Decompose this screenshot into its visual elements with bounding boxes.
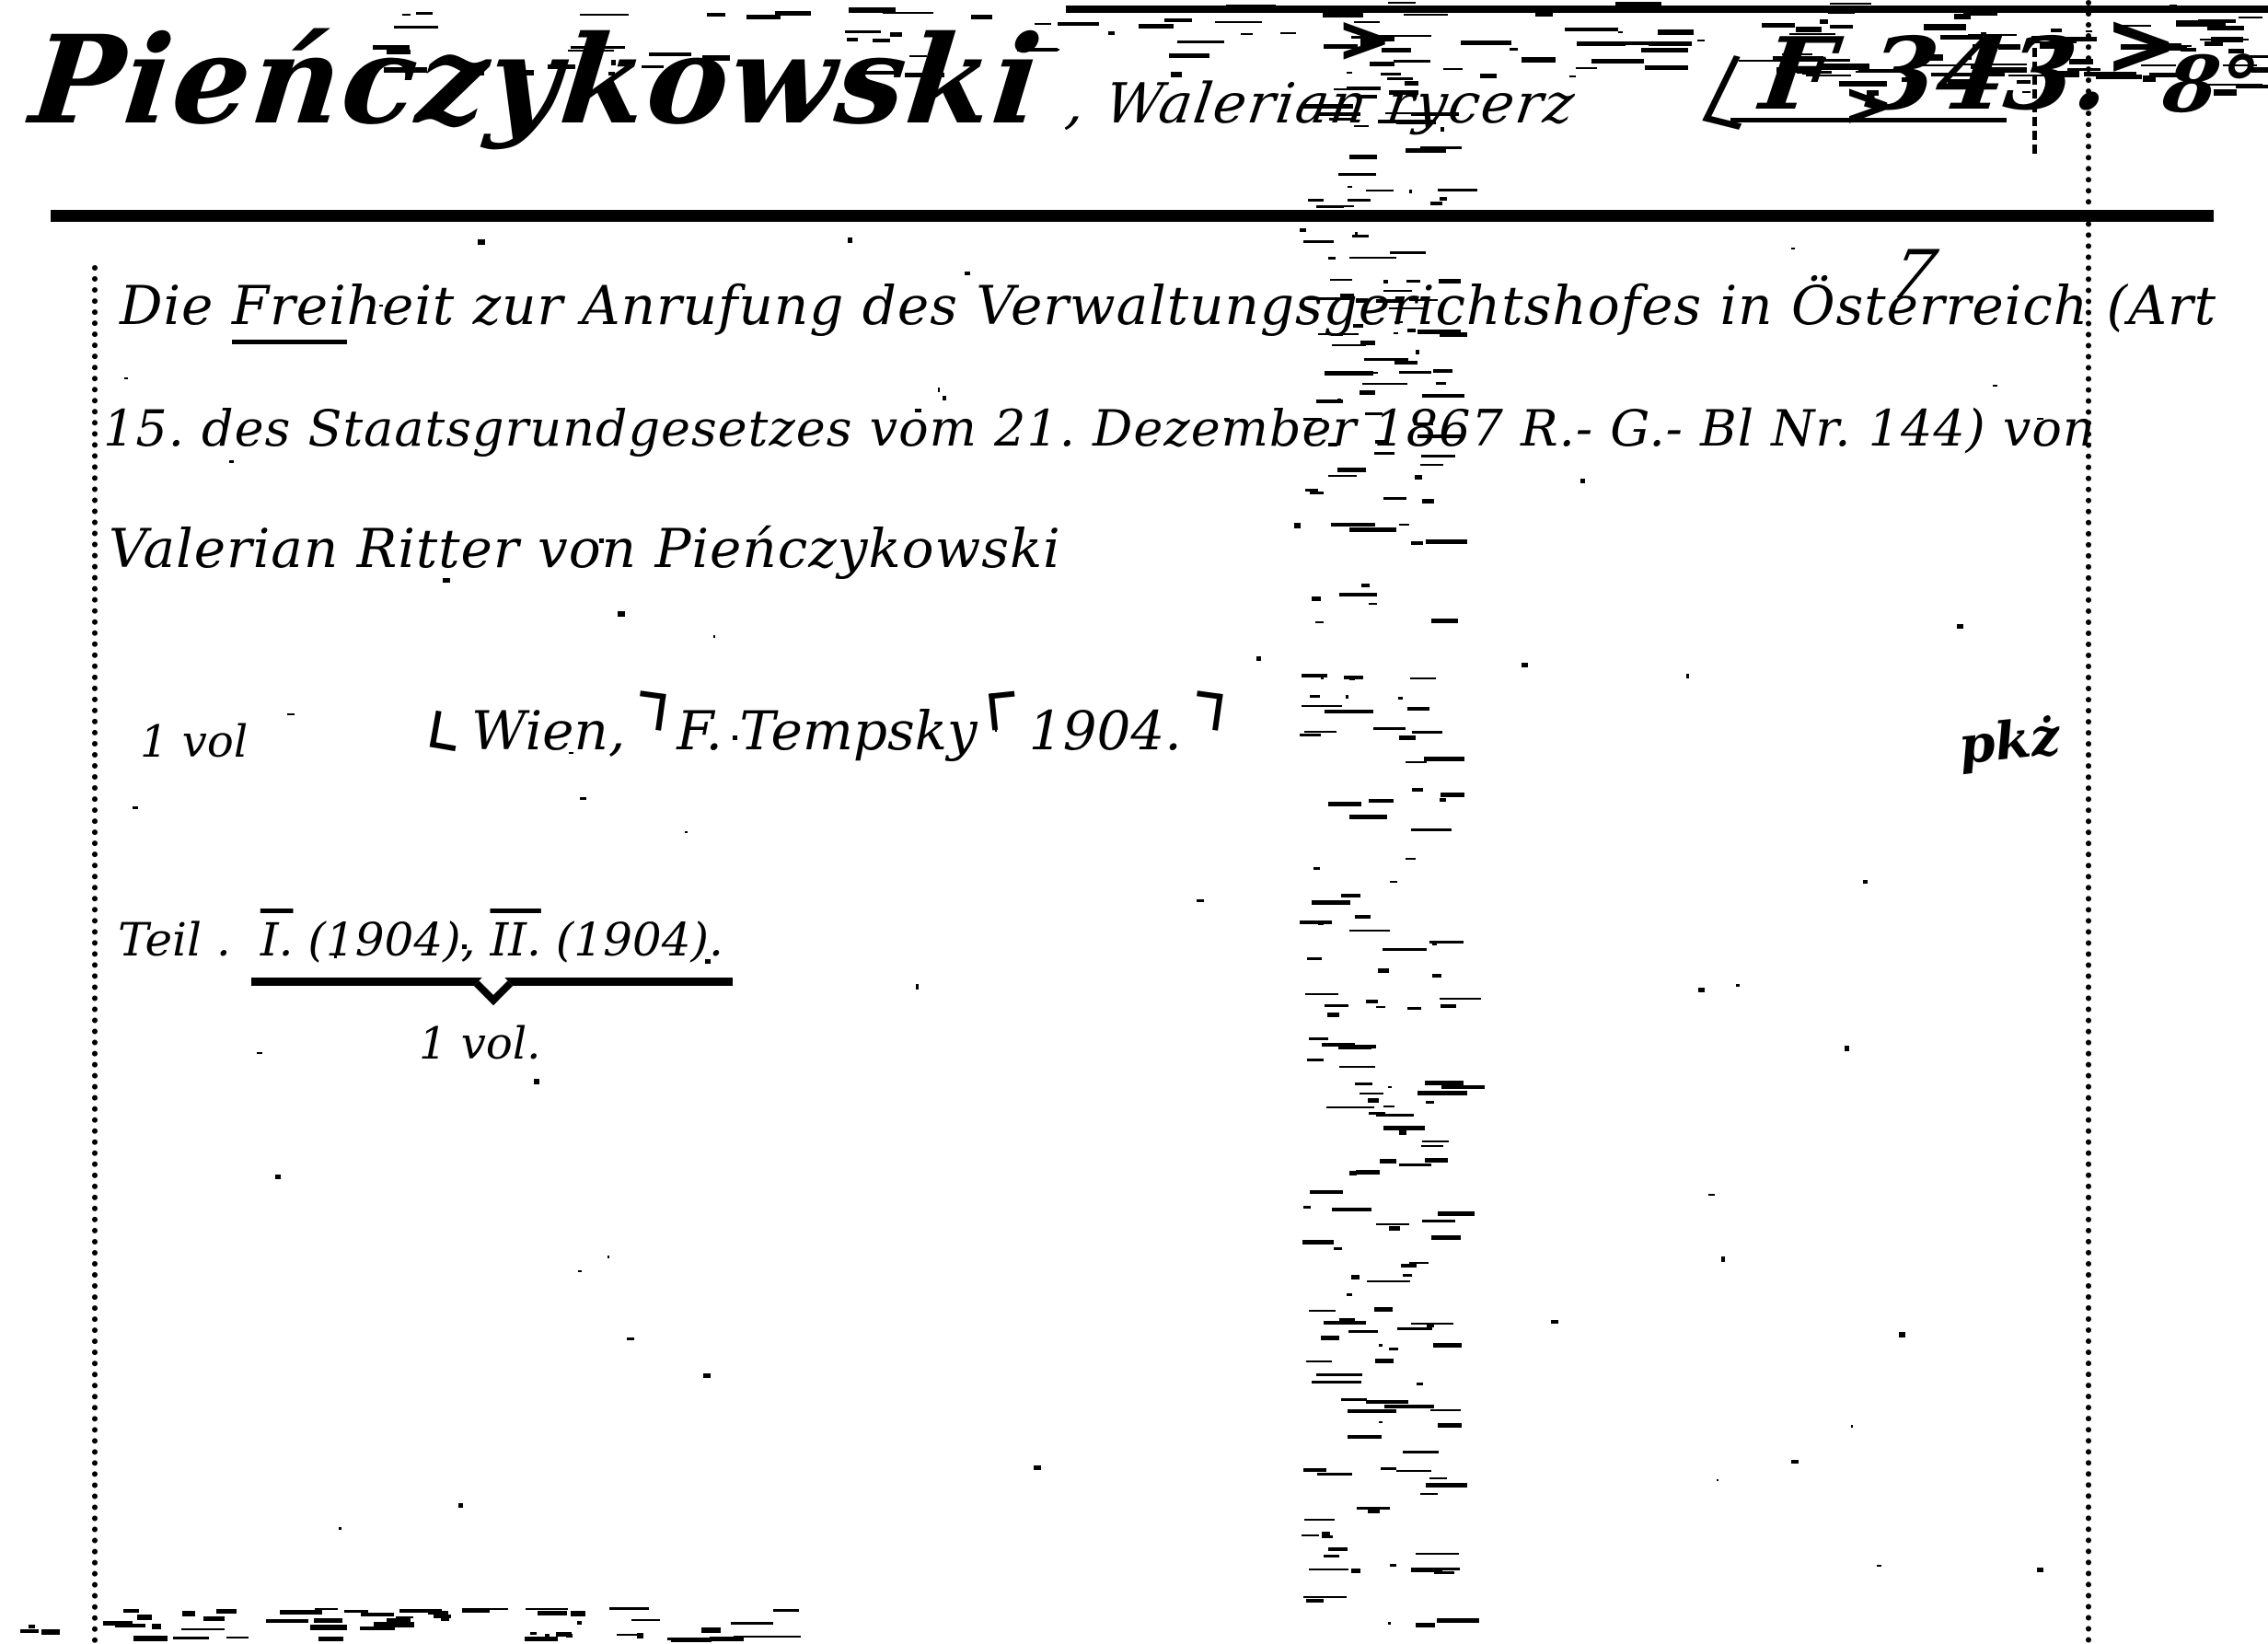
scan-noise-dash	[1322, 1535, 1333, 1538]
pen-chevron-mark-2: >	[2104, 0, 2178, 88]
scan-noise-dash	[1409, 1262, 1429, 1264]
scan-noise-dash	[1426, 1101, 1434, 1104]
scan-noise-dash	[1324, 1555, 1339, 1557]
scan-noise-dash	[1426, 539, 1467, 544]
scan-noise-dash	[1313, 867, 1320, 870]
scan-noise-dash	[1309, 1569, 1348, 1570]
scan-noise-dash	[773, 1636, 801, 1638]
scan-noise-dash	[1416, 1553, 1459, 1555]
scan-noise-dash	[1302, 1240, 1334, 1245]
title-line-1-pre: Die	[120, 274, 232, 337]
scan-noise-dash	[1364, 358, 1408, 361]
pen-stroke-line	[1730, 118, 2007, 122]
scan-noise-dash	[2229, 6, 2251, 12]
scan-noise-dash	[1409, 190, 1412, 193]
scan-noise-dash	[1412, 788, 1423, 792]
scan-noise-dash	[1736, 984, 1740, 987]
scan-noise-dash	[1420, 464, 1443, 466]
scan-noise-dash	[1344, 676, 1363, 679]
scan-noise-dash	[1305, 993, 1338, 995]
scan-noise-dash	[1306, 1599, 1324, 1603]
scan-noise-dash	[1349, 527, 1396, 532]
title-line-1-underlined: Frei	[232, 274, 347, 344]
scan-noise-dash	[1309, 1037, 1328, 1040]
scan-noise-dash	[671, 1638, 712, 1642]
scan-noise-dash	[1310, 695, 1320, 698]
scan-noise-dash	[1697, 40, 1705, 41]
scan-noise-dash	[152, 1624, 161, 1629]
imprint-place: Wien,	[471, 700, 625, 762]
scan-noise-dash	[1328, 257, 1336, 260]
scan-noise-dash	[1943, 10, 1992, 13]
scan-noise-dash	[1899, 1332, 1905, 1337]
scan-noise-dash	[617, 1634, 639, 1636]
scan-noise-dash	[1416, 1623, 1435, 1627]
scan-noise-dash	[526, 1608, 568, 1610]
scan-noise-dash	[578, 1270, 582, 1272]
scan-noise-dash	[1379, 1421, 1383, 1423]
heading-surname: Pieńczykowski	[25, 9, 1049, 152]
scan-noise-dash	[1307, 1059, 1324, 1061]
scan-noise-dash	[1348, 1409, 1396, 1413]
scan-noise-dash	[1389, 1348, 1398, 1350]
scan-noise-dash	[1433, 1343, 1462, 1348]
scan-noise-dash	[609, 1607, 649, 1610]
scan-noise-dash	[1399, 524, 1409, 526]
card-left-dotted-border	[92, 265, 98, 1644]
scan-noise-dash	[1845, 1046, 1849, 1051]
scan-noise-dash	[1347, 1293, 1352, 1296]
scan-noise-dash	[1368, 1098, 1379, 1103]
insertion-corner-mark-year-close	[1192, 690, 1222, 731]
scan-noise-dash	[685, 831, 688, 833]
scan-noise-dash	[1429, 1477, 1447, 1479]
title-line-1-rest: heit zur Anrufung des Verwaltungsgericht…	[347, 274, 2216, 337]
scan-noise-dash	[1580, 479, 1585, 483]
scan-noise-dash	[1328, 802, 1361, 806]
part-2-year: (1904).	[556, 913, 723, 967]
shelfmark: F 343.	[1754, 17, 2118, 133]
scan-noise-dash	[216, 1609, 237, 1614]
scan-noise-dash	[1380, 1159, 1396, 1164]
scan-noise-dash	[434, 1615, 451, 1618]
scan-noise-dash	[1346, 695, 1348, 699]
scan-noise-dash	[478, 239, 485, 245]
scan-noise-dash	[1326, 1106, 1374, 1108]
scan-noise-dash	[637, 1633, 643, 1638]
scan-noise-dash	[1641, 48, 1688, 52]
scan-noise-dash	[361, 1613, 394, 1616]
scan-noise-dash	[1321, 677, 1324, 679]
scan-noise-dash	[1366, 190, 1394, 191]
pen-chevron-mark-3: >	[1843, 74, 1893, 134]
scan-noise-dash	[1334, 1247, 1342, 1250]
scan-noise-dash	[1349, 155, 1377, 159]
scan-noise-dash	[1438, 1211, 1475, 1216]
scan-noise-dash	[1406, 858, 1416, 860]
scan-noise-dash	[1376, 1006, 1385, 1008]
scan-noise-dash	[1337, 468, 1366, 472]
scan-noise-dash	[1324, 1321, 1366, 1325]
scan-noise-dash	[701, 1627, 721, 1633]
scan-noise-dash	[1367, 1280, 1410, 1282]
scan-noise-dash	[1378, 968, 1389, 973]
scan-noise-dash	[287, 713, 295, 715]
scan-noise-dash	[1339, 593, 1377, 596]
scan-noise-dash	[1355, 1082, 1372, 1085]
scan-noise-dash	[1300, 228, 1306, 232]
scan-noise-dash	[1412, 731, 1442, 734]
scan-noise-dash	[1303, 240, 1334, 243]
scan-noise-dash	[1396, 1470, 1431, 1472]
scan-noise-dash	[314, 1618, 342, 1623]
scan-noise-dash	[1411, 541, 1423, 545]
scan-noise-dash	[557, 1632, 572, 1635]
scan-noise-dash	[1328, 475, 1357, 477]
scan-noise-dash	[1957, 624, 1963, 629]
scan-noise-dash	[1366, 1400, 1408, 1404]
scan-noise-dash	[1416, 350, 1419, 354]
scan-noise-dash	[1388, 2, 1416, 4]
scan-noise-dash	[137, 1615, 152, 1620]
scan-noise-dash	[1349, 257, 1396, 259]
scan-noise-dash	[1360, 1093, 1383, 1094]
scan-noise-dash	[1615, 2, 1661, 6]
scan-noise-dash	[1440, 798, 1446, 802]
scan-noise-dash	[1316, 1373, 1362, 1376]
shelfmark-format-divider	[2032, 48, 2037, 154]
parts-label: Teil .	[118, 913, 231, 967]
scan-noise-dash	[1308, 199, 1324, 202]
scan-noise-dash	[1325, 1004, 1348, 1007]
scan-noise-dash	[1851, 1425, 1853, 1428]
scan-noise-dash	[1430, 1409, 1461, 1411]
scan-noise-dash	[458, 1503, 463, 1508]
scan-noise-dash	[1397, 1327, 1432, 1330]
scan-noise-dash	[1438, 1423, 1462, 1428]
scan-noise-dash	[1302, 1534, 1319, 1536]
scan-noise-dash	[734, 1636, 776, 1638]
title-line-3: Valerian Ritter von Pieńczykowski	[109, 517, 1061, 580]
scan-noise-dash	[1434, 1571, 1454, 1574]
scan-noise-dash	[1376, 1114, 1414, 1117]
scan-noise-dash	[20, 1629, 39, 1633]
scan-noise-dash	[1312, 596, 1321, 601]
heading-forename-note: , Walerian rycerz	[1063, 72, 1580, 136]
scan-noise-dash	[916, 984, 919, 990]
title-line-2: 15. des Staatsgrundgesetzes vom 21. Deze…	[103, 399, 2096, 457]
insertion-corner-mark-open	[430, 711, 462, 751]
scan-noise-dash	[1403, 1274, 1412, 1277]
scan-noise-dash	[275, 1175, 281, 1179]
scan-noise-dash	[1348, 199, 1371, 202]
scan-noise-dash	[1328, 1547, 1348, 1551]
scan-noise-dash	[703, 1373, 711, 1378]
volume-note: 1 vol	[140, 716, 248, 768]
scan-noise-dash	[525, 1637, 558, 1641]
scan-noise-dash	[1417, 1383, 1423, 1385]
scan-noise-dash	[1830, 3, 1871, 5]
scan-noise-dash	[1307, 957, 1322, 960]
scan-noise-dash	[1348, 1435, 1382, 1439]
scan-noise-dash	[631, 1619, 660, 1621]
scan-noise-dash	[1332, 344, 1366, 346]
scan-noise-dash	[1362, 383, 1407, 385]
scan-noise-dash	[315, 1608, 338, 1610]
scan-noise-dash	[1376, 1223, 1409, 1225]
scan-noise-dash	[1993, 385, 1997, 387]
part-1-numeral: I.	[260, 913, 294, 967]
scan-noise-dash	[226, 1637, 249, 1638]
scan-noise-dash	[1394, 361, 1417, 365]
scan-noise-dash	[731, 1622, 773, 1625]
scan-noise-dash	[1303, 1468, 1326, 1472]
scan-noise-dash	[1431, 619, 1458, 623]
scan-noise-dash	[1302, 705, 1342, 707]
scan-noise-dash	[396, 1616, 413, 1618]
scan-noise-dash	[1417, 1091, 1467, 1095]
scan-noise-dash	[2008, 6, 2048, 7]
scan-noise-dash	[310, 1625, 347, 1630]
scan-noise-dash	[1390, 881, 1397, 883]
scan-noise-dash	[1312, 1381, 1361, 1384]
scan-noise-dash	[1304, 731, 1336, 733]
scan-noise-dash	[1304, 1519, 1335, 1521]
scan-noise-dash	[462, 1608, 490, 1613]
parts-note: Teil . I. (1904), II. (1904).	[118, 913, 733, 986]
scan-noise-dash	[1432, 943, 1437, 945]
scan-noise-dash	[618, 611, 625, 617]
scan-noise-dash	[318, 1637, 343, 1641]
scan-noise-dash	[577, 1621, 582, 1625]
scan-noise-dash	[229, 460, 234, 463]
scan-noise-dash	[1410, 677, 1436, 679]
scan-noise-dash	[1791, 1460, 1799, 1464]
scan-noise-dash	[1407, 1007, 1421, 1010]
scan-noise-dash	[627, 1337, 634, 1340]
scan-noise-dash	[1698, 988, 1705, 992]
scan-noise-dash	[1390, 1564, 1396, 1567]
scan-noise-dash	[1411, 1323, 1453, 1325]
scan-noise-dash	[1351, 1275, 1360, 1279]
scan-noise-dash	[133, 806, 138, 809]
scan-noise-dash	[1339, 1066, 1375, 1068]
scan-noise-dash	[1355, 915, 1371, 919]
scan-noise-dash	[133, 1636, 168, 1641]
scan-noise-dash	[1645, 65, 1688, 70]
scan-noise-dash	[181, 1628, 225, 1630]
scan-noise-dash	[1337, 205, 1354, 207]
scan-noise-dash	[399, 1609, 442, 1613]
header-rule	[51, 210, 2214, 222]
scan-noise-dash	[2007, 9, 2032, 12]
scan-noise-dash	[1384, 1405, 1434, 1408]
scan-noise-dash	[1431, 1235, 1461, 1240]
scan-noise-dash	[1441, 1004, 1456, 1008]
scan-noise-dash	[374, 1622, 414, 1627]
insertion-corner-mark-close	[636, 690, 666, 731]
scan-noise-dash	[1300, 920, 1332, 924]
scan-noise-dash	[1591, 59, 1644, 64]
scan-noise-dash	[41, 1629, 60, 1635]
scan-noise-dash	[1791, 248, 1795, 249]
scan-noise-dash	[1366, 1000, 1378, 1003]
scan-noise-dash	[1403, 1451, 1439, 1453]
scan-noise-dash	[1310, 492, 1324, 494]
scan-noise-dash	[534, 1079, 539, 1084]
scan-noise-dash	[1375, 1359, 1394, 1363]
scan-noise-dash	[1406, 761, 1427, 763]
scan-noise-dash	[1344, 1045, 1376, 1048]
scan-noise-dash	[339, 1527, 341, 1530]
scan-noise-dash	[1348, 1330, 1378, 1333]
scan-noise-dash	[1368, 1509, 1380, 1513]
scan-noise-dash	[1721, 1256, 1725, 1262]
scan-noise-dash	[530, 1632, 537, 1635]
scan-noise-dash	[1436, 382, 1446, 385]
scan-noise-dash	[1383, 1106, 1394, 1107]
scan-noise-dash	[1398, 697, 1403, 700]
scan-noise-dash	[1577, 41, 1626, 46]
scan-noise-dash	[1441, 793, 1464, 797]
part-2-numeral: II.	[490, 913, 540, 967]
scan-noise-dash	[1424, 757, 1464, 761]
scan-noise-dash	[1349, 815, 1387, 819]
scan-noise-dash	[123, 1609, 139, 1613]
scan-noise-dash	[1349, 930, 1390, 932]
scan-noise-dash	[1342, 372, 1378, 374]
scan-noise-dash	[1422, 1140, 1449, 1142]
scan-noise-dash	[1341, 1398, 1367, 1401]
scan-noise-dash	[1383, 948, 1427, 951]
scan-noise-dash	[1717, 1479, 1718, 1481]
catalog-card-scan: Pieńczykowski , Walerian rycerz F 343. 8…	[0, 0, 2268, 1644]
scan-noise-dash	[1312, 900, 1350, 905]
scan-noise-dash	[1441, 1085, 1485, 1089]
scan-noise-dash	[1321, 1336, 1339, 1340]
scan-noise-dash	[1422, 499, 1434, 504]
scan-noise-dash	[1389, 1226, 1400, 1231]
scan-noise-dash	[1197, 899, 1204, 902]
scan-noise-dash	[257, 1052, 262, 1054]
scan-noise-dash	[2037, 1568, 2043, 1572]
scan-noise-dash	[1425, 1158, 1448, 1163]
scan-noise-dash	[1390, 251, 1426, 254]
scan-noise-dash	[1310, 1190, 1343, 1194]
scan-noise-dash	[1421, 1145, 1443, 1147]
scan-noise-dash	[1356, 1170, 1380, 1175]
scan-noise-dash	[29, 1625, 35, 1628]
scan-noise-dash	[607, 1256, 609, 1258]
scan-noise-dash	[1351, 1569, 1360, 1573]
scan-noise-dash	[1522, 663, 1528, 667]
scan-noise-dash	[1427, 1325, 1434, 1327]
scan-noise-dash	[1331, 523, 1375, 527]
scan-noise-dash	[1369, 799, 1394, 803]
scan-noise-dash	[2239, 17, 2262, 18]
scan-noise-dash	[1411, 828, 1452, 831]
scan-noise-dash	[1425, 1081, 1464, 1085]
scan-noise-dash	[1388, 1086, 1392, 1088]
scan-noise-dash	[1401, 1264, 1417, 1268]
scan-noise-dash	[1383, 497, 1406, 500]
title-line-1: Die Freiheit zur Anrufung des Verwaltung…	[120, 274, 2216, 337]
scan-noise-dash	[1306, 1360, 1332, 1362]
scan-noise-dash	[1381, 1467, 1396, 1470]
pen-chevron-mark-1: >	[1336, 6, 1392, 72]
insertion-corner-mark-year-open	[989, 691, 1018, 731]
scan-noise-dash	[1576, 67, 1597, 69]
scan-noise-dash	[1379, 1344, 1383, 1347]
scan-noise-dash	[848, 237, 852, 243]
scan-noise-dash	[1034, 1465, 1041, 1470]
scan-noise-dash	[1681, 7, 1734, 11]
parts-underlined-group: I. (1904), II. (1904).	[251, 913, 733, 986]
scan-noise-dash	[1226, 5, 1276, 7]
scan-noise-dash	[124, 377, 128, 379]
scan-noise-dash	[1828, 9, 1855, 14]
scan-noise-dash	[1399, 371, 1431, 374]
scan-noise-dash	[1877, 1565, 1881, 1567]
imprint-year: 1904.	[1029, 700, 1182, 762]
card-right-dotted-border	[2086, 0, 2091, 1644]
scan-noise-dash	[1300, 734, 1321, 736]
scan-noise-dash	[538, 1611, 567, 1615]
scan-noise-dash	[1649, 41, 1692, 46]
scan-noise-dash	[1438, 189, 1477, 191]
scan-noise-dash	[571, 1611, 585, 1616]
scan-noise-dash	[1315, 621, 1324, 623]
scan-noise-dash	[1303, 1206, 1311, 1209]
scan-noise-dash	[1360, 390, 1375, 395]
scan-noise-dash	[1309, 1310, 1336, 1312]
scan-noise-dash	[1415, 475, 1422, 480]
scan-noise-dash	[938, 388, 940, 392]
scan-noise-dash	[713, 635, 715, 638]
scan-noise-dash	[1327, 1013, 1339, 1017]
scan-noise-dash	[580, 797, 586, 800]
scan-noise-dash	[1422, 1220, 1455, 1222]
scan-noise-dash	[280, 1610, 322, 1615]
scan-noise-dash	[182, 1611, 195, 1616]
scan-noise-dash	[1440, 197, 1447, 201]
scan-noise-dash	[1332, 1208, 1371, 1211]
scan-noise-dash	[1369, 603, 1377, 605]
scan-noise-dash	[103, 1621, 133, 1626]
scan-noise-dash	[173, 1637, 209, 1639]
scan-noise-dash	[1618, 31, 1623, 33]
scan-noise-dash	[1325, 710, 1373, 713]
scan-noise-dash	[1686, 674, 1689, 678]
scan-noise-dash	[203, 1616, 225, 1621]
scan-noise-dash	[1317, 1473, 1352, 1476]
scan-noise-dash	[1399, 1164, 1431, 1166]
scan-noise-dash	[2176, 20, 2226, 27]
scan-noise-dash	[773, 1609, 799, 1612]
scan-noise-dash	[1420, 1493, 1438, 1495]
annotation-pkz: pkż	[1956, 705, 2063, 776]
imprint: Wien, F. Tempsky 1904.	[433, 700, 1221, 762]
scan-noise-dash	[1551, 1320, 1558, 1324]
imprint-publisher: F. Tempsky	[677, 700, 977, 762]
scan-noise-dash	[1355, 173, 1376, 176]
part-1-year: (1904),	[307, 913, 475, 967]
scan-noise-dash	[1374, 1307, 1393, 1312]
scan-noise-dash	[1341, 894, 1360, 897]
scan-noise-dash	[1399, 1130, 1406, 1135]
scan-noise-dash	[1256, 656, 1261, 661]
volume-note-2: 1 vol.	[419, 1018, 540, 1070]
